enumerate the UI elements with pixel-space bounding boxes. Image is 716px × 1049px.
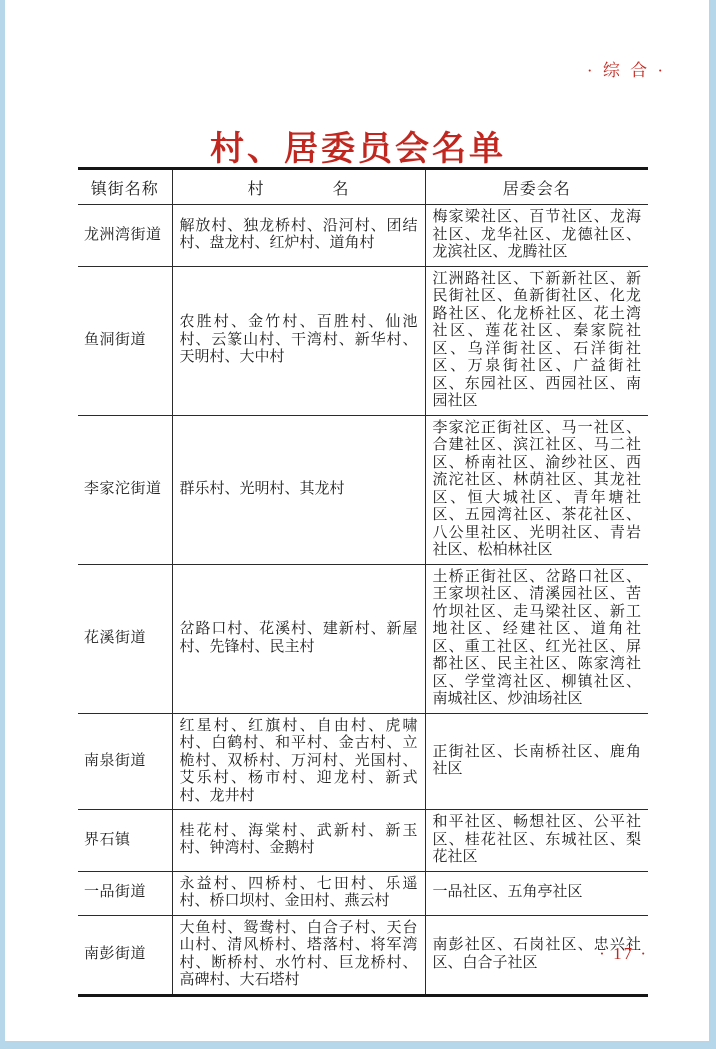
village-list: 农胜村、金竹村、百胜村、仙池村、云篆山村、干湾村、新华村、天明村、大中村 <box>172 266 425 415</box>
table-header: 镇街名称 村 名 居委会名 <box>78 169 648 205</box>
village-list: 群乐村、光明村、其龙村 <box>172 415 425 564</box>
table-body: 龙洲湾街道 解放村、独龙桥村、沿河村、团结村、盘龙村、红炉村、道角村 梅家梁社区… <box>78 205 648 996</box>
village-committee-table: 镇街名称 村 名 居委会名 龙洲湾街道 解放村、独龙桥村、沿河村、团结村、盘龙村… <box>78 167 648 997</box>
table-row: 南泉街道 红星村、红旗村、自由村、虎啸村、白鹤村、和平村、金古村、立桅村、双桥村… <box>78 713 648 810</box>
committee-list: 一品社区、五角亭社区 <box>425 871 648 915</box>
table-row: 李家沱街道 群乐村、光明村、其龙村 李家沱正街社区、马一社区、合建社区、滨江社区… <box>78 415 648 564</box>
town-name: 李家沱街道 <box>78 415 172 564</box>
committee-table: 镇街名称 村 名 居委会名 龙洲湾街道 解放村、独龙桥村、沿河村、团结村、盘龙村… <box>78 167 648 997</box>
village-list: 红星村、红旗村、自由村、虎啸村、白鹤村、和平村、金古村、立桅村、双桥村、万河村、… <box>172 713 425 810</box>
header-town: 镇街名称 <box>78 169 172 205</box>
table-row: 南彭街道 大鱼村、鸳鸯村、白合子村、天台山村、清风桥村、塔落村、将军湾村、断桥村… <box>78 915 648 995</box>
village-list: 解放村、独龙桥村、沿河村、团结村、盘龙村、红炉村、道角村 <box>172 205 425 267</box>
section-label: · 综 合 · <box>587 56 666 81</box>
town-name: 南泉街道 <box>78 713 172 810</box>
town-name: 龙洲湾街道 <box>78 205 172 267</box>
table-row: 鱼洞街道 农胜村、金竹村、百胜村、仙池村、云篆山村、干湾村、新华村、天明村、大中… <box>78 266 648 415</box>
town-name: 花溪街道 <box>78 564 172 713</box>
table-row: 花溪街道 岔路口村、花溪村、建新村、新屋村、先锋村、民主村 土桥正街社区、岔路口… <box>78 564 648 713</box>
village-list: 岔路口村、花溪村、建新村、新屋村、先锋村、民主村 <box>172 564 425 713</box>
page-number: · 17 · <box>599 944 648 964</box>
page-title: 村、居委员会名单 <box>0 121 716 170</box>
header-committees: 居委会名 <box>425 169 648 205</box>
committee-list: 和平社区、畅想社区、公平社区、桂花社区、东城社区、梨花社区 <box>425 810 648 872</box>
committee-list: 江洲路社区、下新新社区、新民街社区、鱼新街社区、化龙路社区、化龙桥社区、花土湾社… <box>425 266 648 415</box>
town-name: 鱼洞街道 <box>78 266 172 415</box>
town-name: 一品街道 <box>78 871 172 915</box>
table-header-row: 镇街名称 村 名 居委会名 <box>78 169 648 205</box>
scan-edge-bottom <box>0 1041 716 1049</box>
town-name: 界石镇 <box>78 810 172 872</box>
table-row: 界石镇 桂花村、海棠村、武新村、新玉村、钟湾村、金鹅村 和平社区、畅想社区、公平… <box>78 810 648 872</box>
committee-list: 李家沱正街社区、马一社区、合建社区、滨江社区、马二社区、桥南社区、渝纱社区、西流… <box>425 415 648 564</box>
village-list: 大鱼村、鸳鸯村、白合子村、天台山村、清风桥村、塔落村、将军湾村、断桥村、水竹村、… <box>172 915 425 995</box>
header-villages: 村 名 <box>172 169 425 205</box>
committee-list: 土桥正街社区、岔路口社区、王家坝社区、清溪园社区、苦竹坝社区、走马梁社区、新工地… <box>425 564 648 713</box>
committee-list: 梅家梁社区、百节社区、龙海社区、龙华社区、龙德社区、龙滨社区、龙腾社区 <box>425 205 648 267</box>
town-name: 南彭街道 <box>78 915 172 995</box>
village-list: 永益村、四桥村、七田村、乐遥村、桥口坝村、金田村、燕云村 <box>172 871 425 915</box>
table-row: 一品街道 永益村、四桥村、七田村、乐遥村、桥口坝村、金田村、燕云村 一品社区、五… <box>78 871 648 915</box>
village-list: 桂花村、海棠村、武新村、新玉村、钟湾村、金鹅村 <box>172 810 425 872</box>
table-row: 龙洲湾街道 解放村、独龙桥村、沿河村、团结村、盘龙村、红炉村、道角村 梅家梁社区… <box>78 205 648 267</box>
committee-list: 正街社区、长南桥社区、鹿角社区 <box>425 713 648 810</box>
